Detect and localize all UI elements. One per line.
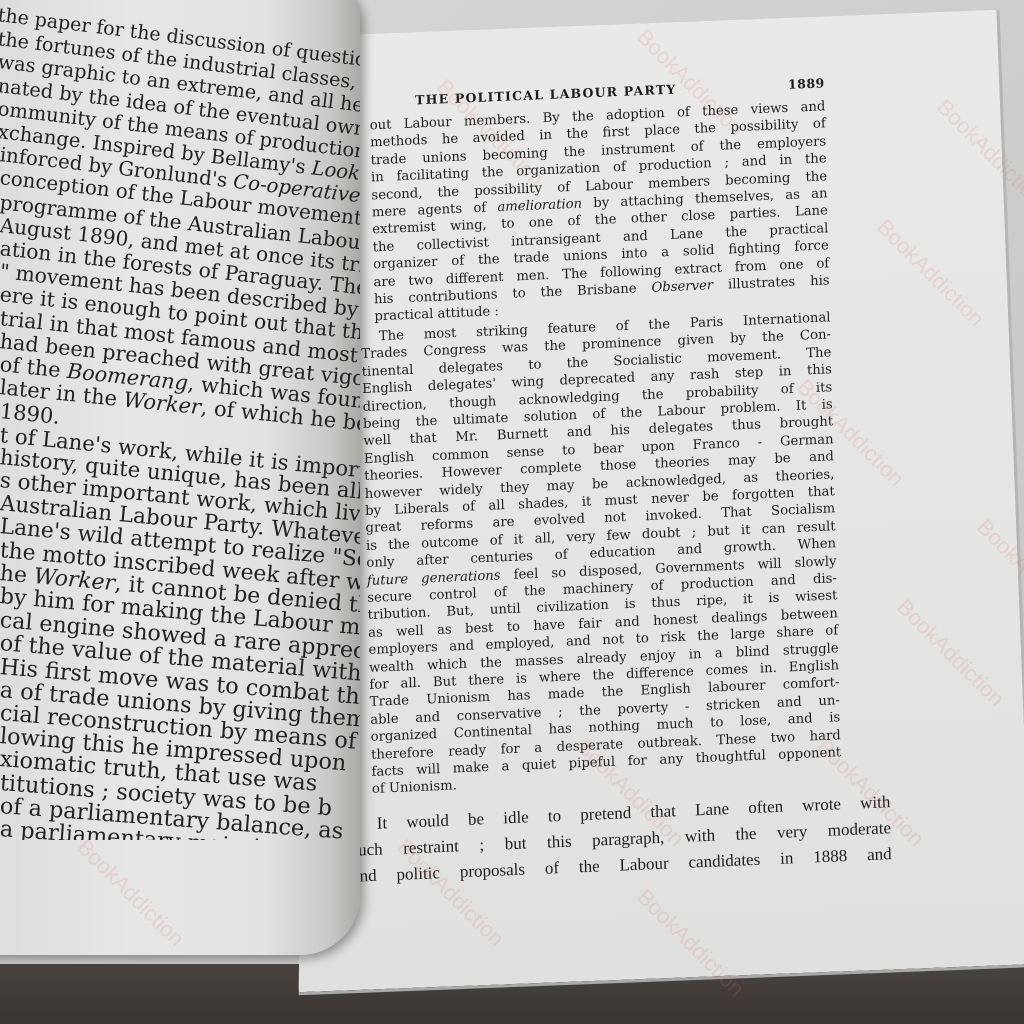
block-quote: The most striking feature of the Paris I… [361, 309, 842, 799]
running-head-year: 1889 [788, 75, 825, 92]
left-page-text: the paper for the discussion of question… [0, 0, 360, 840]
right-page-text: THE POLITICAL LABOUR PARTY 1889 out Labo… [355, 75, 844, 888]
lead-paragraph: out Labour members. By the adoption of t… [370, 98, 831, 326]
